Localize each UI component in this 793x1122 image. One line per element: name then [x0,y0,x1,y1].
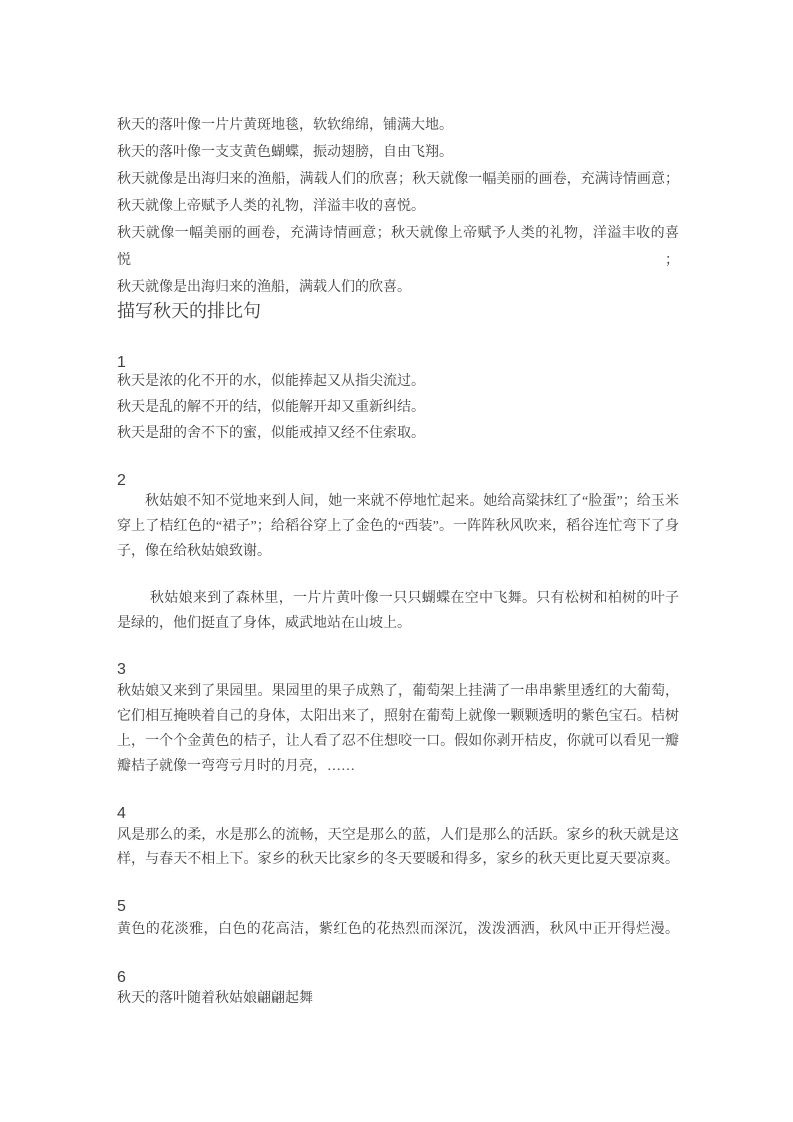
intro-paragraphs-line-4: 秋天就像上帝赋予人类的礼物，洋溢丰收的喜悦。 [117,193,679,220]
intro-paragraphs-line-1: 秋天的落叶像一片片黄斑地毯，软软绵绵，铺满大地。 [117,112,679,139]
section-3-paragraph-1-line-1: 秋姑娘又来到了果园里。果园里的果子成熟了，葡萄架上挂满了一串串紫里透红的大葡萄， [117,679,679,704]
section-6-paragraph-1-line-1: 秋天的落叶随着秋姑娘翩翩起舞 [117,986,679,1011]
section-3-paragraph-1-line-2: 它们相互掩映着自己的身体，太阳出来了，照射在葡萄上就像一颗颗透明的紫色宝石。桔树 [117,704,679,729]
intro-paragraphs-line-3: 秋天就像是出海归来的渔船，满载人们的欣喜；秋天就像一幅美丽的画卷，充满诗情画意； [117,166,679,193]
section-2-paragraph-1-line-1: 秋姑娘不知不觉地来到人间，她一来就不停地忙起来。她给高粱抹红了“脸蛋”；给玉米 [117,489,679,514]
section-5-number: 5 [117,894,679,919]
document-page: 秋天的落叶像一片片黄斑地毯，软软绵绵，铺满大地。秋天的落叶像一支支黄色蝴蝶，振动… [0,0,793,1122]
section-2-paragraph-1: 秋姑娘不知不觉地来到人间，她一来就不停地忙起来。她给高粱抹红了“脸蛋”；给玉米穿… [117,489,679,564]
section-5-paragraph-1-line-1: 黄色的花淡雅，白色的花高洁，紫红色的花热烈而深沉，泼泼洒洒，秋风中正开得烂漫。 [117,917,679,942]
intro-paragraphs-line-6: 秋天就像是出海归来的渔船，满载人们的欣喜。 [117,274,679,301]
section-1-paragraph-1: 秋天是浓的化不开的水，似能捧起又从指尖流过。秋天是乱的解不开的结，似能解开却又重… [117,369,679,447]
section-2-paragraph-2: 秋姑娘来到了森林里，一片片黄叶像一只只蝴蝶在空中飞舞。只有松树和柏树的叶子是绿的… [117,586,679,636]
document-title: 描写秋天的排比句 [117,298,679,325]
section-3-paragraph-1-line-4: 瓣桔子就像一弯弯亏月时的月亮，…… [117,754,679,779]
section-5-paragraph-1: 黄色的花淡雅，白色的花高洁，紫红色的花热烈而深沉，泼泼洒洒，秋风中正开得烂漫。 [117,917,679,942]
section-6-paragraph-1: 秋天的落叶随着秋姑娘翩翩起舞 [117,986,679,1011]
section-1-paragraph-1-line-2: 秋天是乱的解不开的结，似能解开却又重新纠结。 [117,395,679,421]
section-3-paragraph-1-line-3: 上，一个个金黄色的桔子，让人看了忍不住想咬一口。假如你剥开桔皮，你就可以看见一瓣 [117,729,679,754]
section-3-paragraph-1: 秋姑娘又来到了果园里。果园里的果子成熟了，葡萄架上挂满了一串串紫里透红的大葡萄，… [117,679,679,779]
intro-paragraphs-line-2: 秋天的落叶像一支支黄色蝴蝶，振动翅膀，自由飞翔。 [117,139,679,166]
section-2-paragraph-1-line-2: 穿上了桔红色的“裙子”；给稻谷穿上了金色的“西装”。一阵阵秋风吹来，稻谷连忙弯下… [117,514,679,539]
section-1-paragraph-1-line-1: 秋天是浓的化不开的水，似能捧起又从指尖流过。 [117,369,679,395]
section-4-paragraph-1: 风是那么的柔，水是那么的流畅，天空是那么的蓝，人们是那么的活跃。家乡的秋天就是这… [117,824,679,872]
section-4-paragraph-1-line-2: 样，与春天不相上下。家乡的秋天比家乡的冬天要暖和得多，家乡的秋天更比夏天要凉爽。 [117,848,679,872]
section-2-paragraph-2-line-2: 是绿的，他们挺直了身体，威武地站在山坡上。 [117,611,679,636]
intro-paragraphs: 秋天的落叶像一片片黄斑地毯，软软绵绵，铺满大地。秋天的落叶像一支支黄色蝴蝶，振动… [117,112,679,301]
section-2-paragraph-2-line-1: 秋姑娘来到了森林里，一片片黄叶像一只只蝴蝶在空中飞舞。只有松树和柏树的叶子 [117,586,679,611]
intro-paragraphs-line-5: 秋天就像一幅美丽的画卷，充满诗情画意；秋天就像上帝赋予人类的礼物，洋溢丰收的喜悦… [117,220,679,274]
section-4-paragraph-1-line-1: 风是那么的柔，水是那么的流畅，天空是那么的蓝，人们是那么的活跃。家乡的秋天就是这 [117,824,679,848]
section-1-paragraph-1-line-3: 秋天是甜的舍不下的蜜，似能戒掉又经不住索取。 [117,421,679,447]
section-4-number: 4 [117,801,679,826]
section-2-paragraph-1-line-3: 子，像在给秋姑娘致谢。 [117,539,679,564]
